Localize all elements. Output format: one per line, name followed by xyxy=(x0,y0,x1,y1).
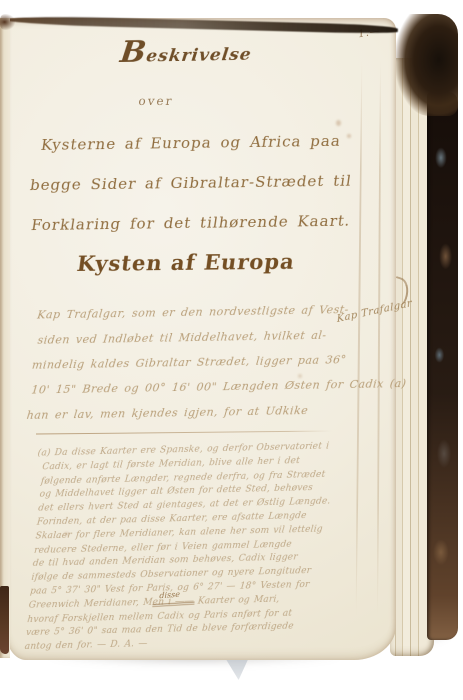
title-line: Kysterne af Europa og Africa paa xyxy=(24,132,357,155)
body-paragraph: Kap Trafalgar, som er den nordvestligste… xyxy=(25,297,344,428)
manuscript-page: 1.— Beskrivelse over Kysterne af Europa … xyxy=(6,18,396,660)
page-crease xyxy=(377,58,382,618)
title-over-word: over xyxy=(65,94,247,108)
title-line: Forklaring for det tilhørende Kaart. xyxy=(24,212,357,235)
book-cover-edge xyxy=(427,92,458,640)
section-heading: Kysten af Europa xyxy=(44,249,328,277)
page-crease xyxy=(355,58,363,618)
manuscript-photo: 1.— Beskrivelse over Kysterne af Europa … xyxy=(0,0,463,700)
footnote-paragraph: (a) Da disse Kaarter ere Spanske, og der… xyxy=(18,440,356,655)
title-line: begge Sider af Gibraltar-Strædet til xyxy=(24,172,357,195)
inserted-correction-word: disse xyxy=(159,590,180,601)
manuscript-line: han er lav, men kjendes igjen, for at Ud… xyxy=(25,397,334,427)
cover-sliver xyxy=(0,586,9,654)
left-binding-edge xyxy=(0,18,10,658)
cover-corner-mark xyxy=(0,14,15,30)
manuscript-title: Beskrivelse xyxy=(84,40,287,67)
footnote-divider xyxy=(36,430,332,434)
fox-stain xyxy=(336,120,341,126)
